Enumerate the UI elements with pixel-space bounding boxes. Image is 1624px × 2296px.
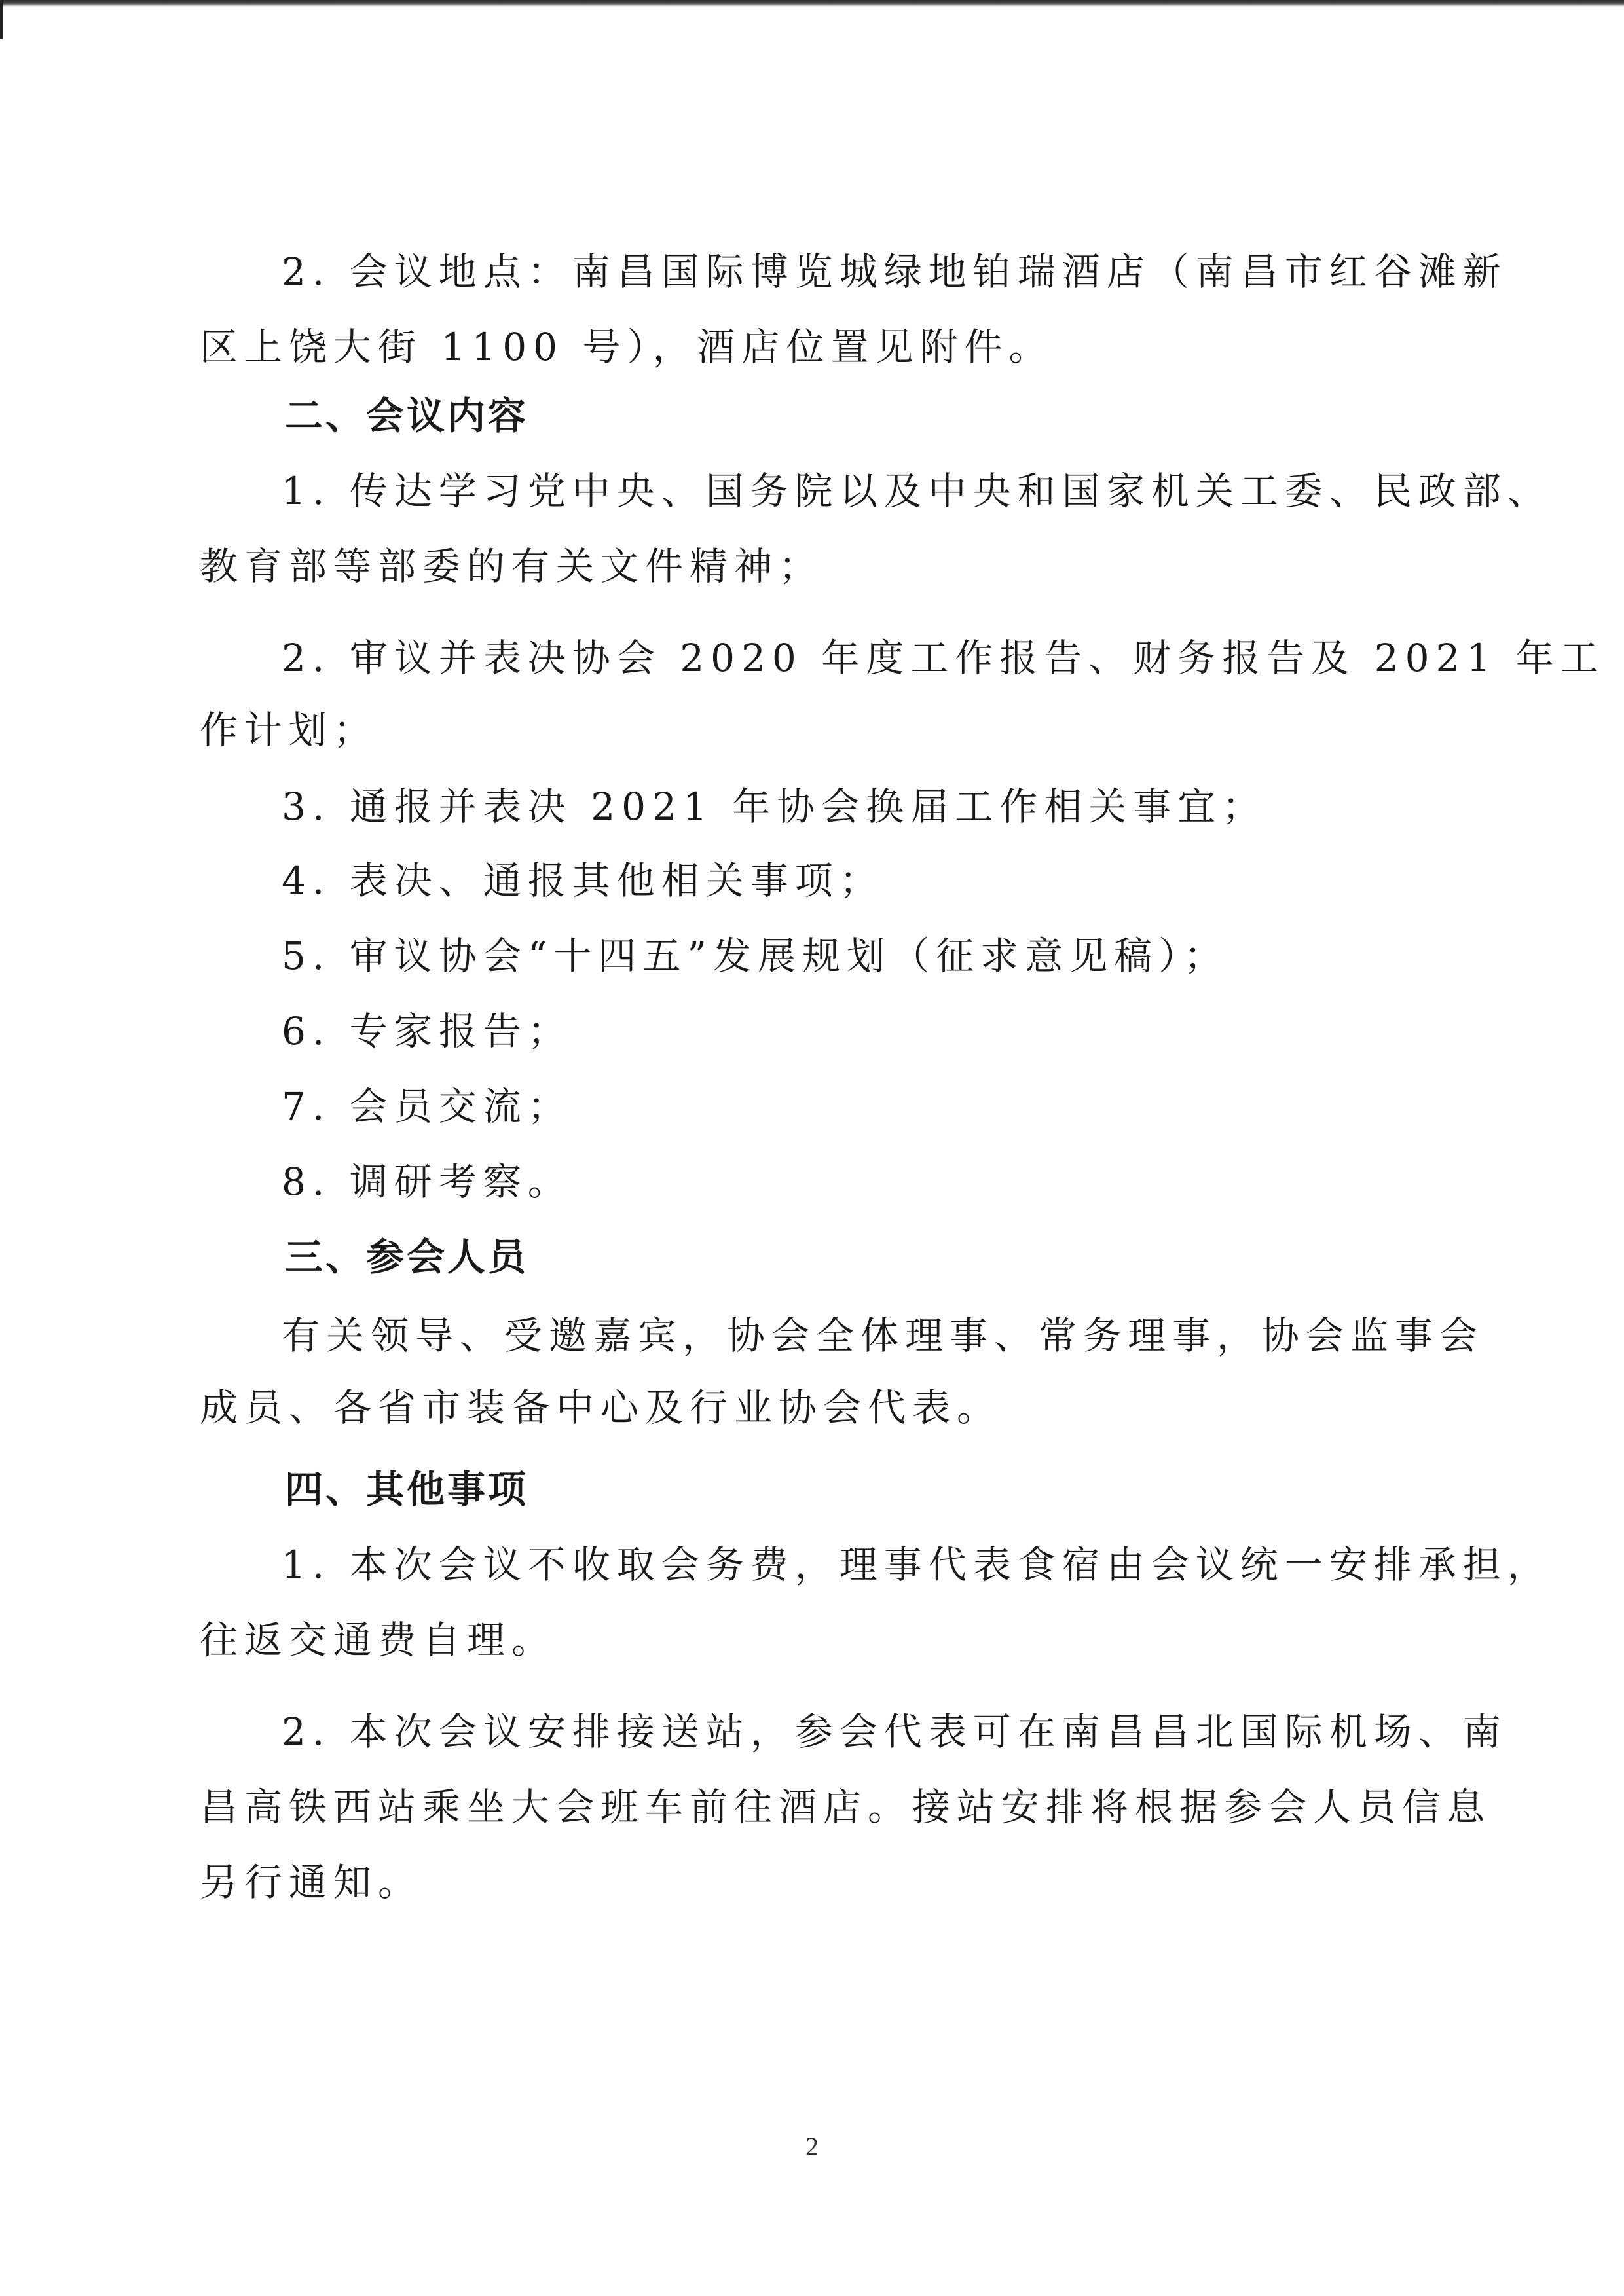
- other-item-2-line-3: 另行通知。: [200, 1856, 422, 1908]
- location-line-2: 区上饶大街 1100 号），酒店位置见附件。: [200, 321, 1053, 373]
- content-item-5: 5. 审议协会“十四五”发展规划（征求意见稿）；: [282, 930, 1228, 982]
- content-item-2-line-2: 作计划；: [200, 704, 378, 756]
- attendees-line-1: 有关领导、受邀嘉宾，协会全体理事、常务理事，协会监事会: [282, 1309, 1484, 1362]
- content-item-3: 3. 通报并表决 2021 年协会换届工作相关事宜；: [282, 780, 1266, 833]
- other-item-1-line-2: 往返交通费自理。: [200, 1614, 556, 1666]
- attendees-line-2: 成员、各省市装备中心及行业协会代表。: [200, 1381, 1001, 1434]
- content-item-8: 8. 调研考察。: [282, 1156, 572, 1208]
- other-item-2-line-2: 昌高铁西站乘坐大会班车前往酒店。接站安排将根据参会人员信息: [200, 1781, 1491, 1833]
- content-item-7: 7. 会员交流；: [282, 1080, 572, 1133]
- content-item-4: 4. 表决、通报其他相关事项；: [282, 854, 884, 907]
- section-heading-content: 二、会议内容: [285, 390, 528, 442]
- other-item-1-line-1: 1. 本次会议不收取会务费，理事代表食宿由会议统一安排承担，: [282, 1539, 1552, 1591]
- other-item-2-line-1: 2. 本次会议安排接送站，参会代表可在南昌昌北国际机场、南: [282, 1705, 1507, 1758]
- content-item-2-line-1: 2. 审议并表决协会 2020 年度工作报告、财务报告及 2021 年工: [282, 632, 1605, 684]
- document-page: 2. 会议地点：南昌国际博览城绿地铂瑞酒店（南昌市红谷滩新 区上饶大街 1100…: [0, 0, 1624, 2296]
- content-item-1-line-1: 1. 传达学习党中央、国务院以及中央和国家机关工委、民政部、: [282, 465, 1552, 517]
- section-heading-attendees: 三、参会人员: [285, 1231, 528, 1283]
- page-number: 2: [805, 2131, 819, 2162]
- location-line-1: 2. 会议地点：南昌国际博览城绿地铂瑞酒店（南昌市红谷滩新: [282, 246, 1507, 298]
- content-item-1-line-2: 教育部等部委的有关文件精神；: [200, 540, 823, 592]
- section-heading-other: 四、其他事项: [285, 1463, 528, 1516]
- content-item-6: 6. 专家报告；: [282, 1005, 572, 1057]
